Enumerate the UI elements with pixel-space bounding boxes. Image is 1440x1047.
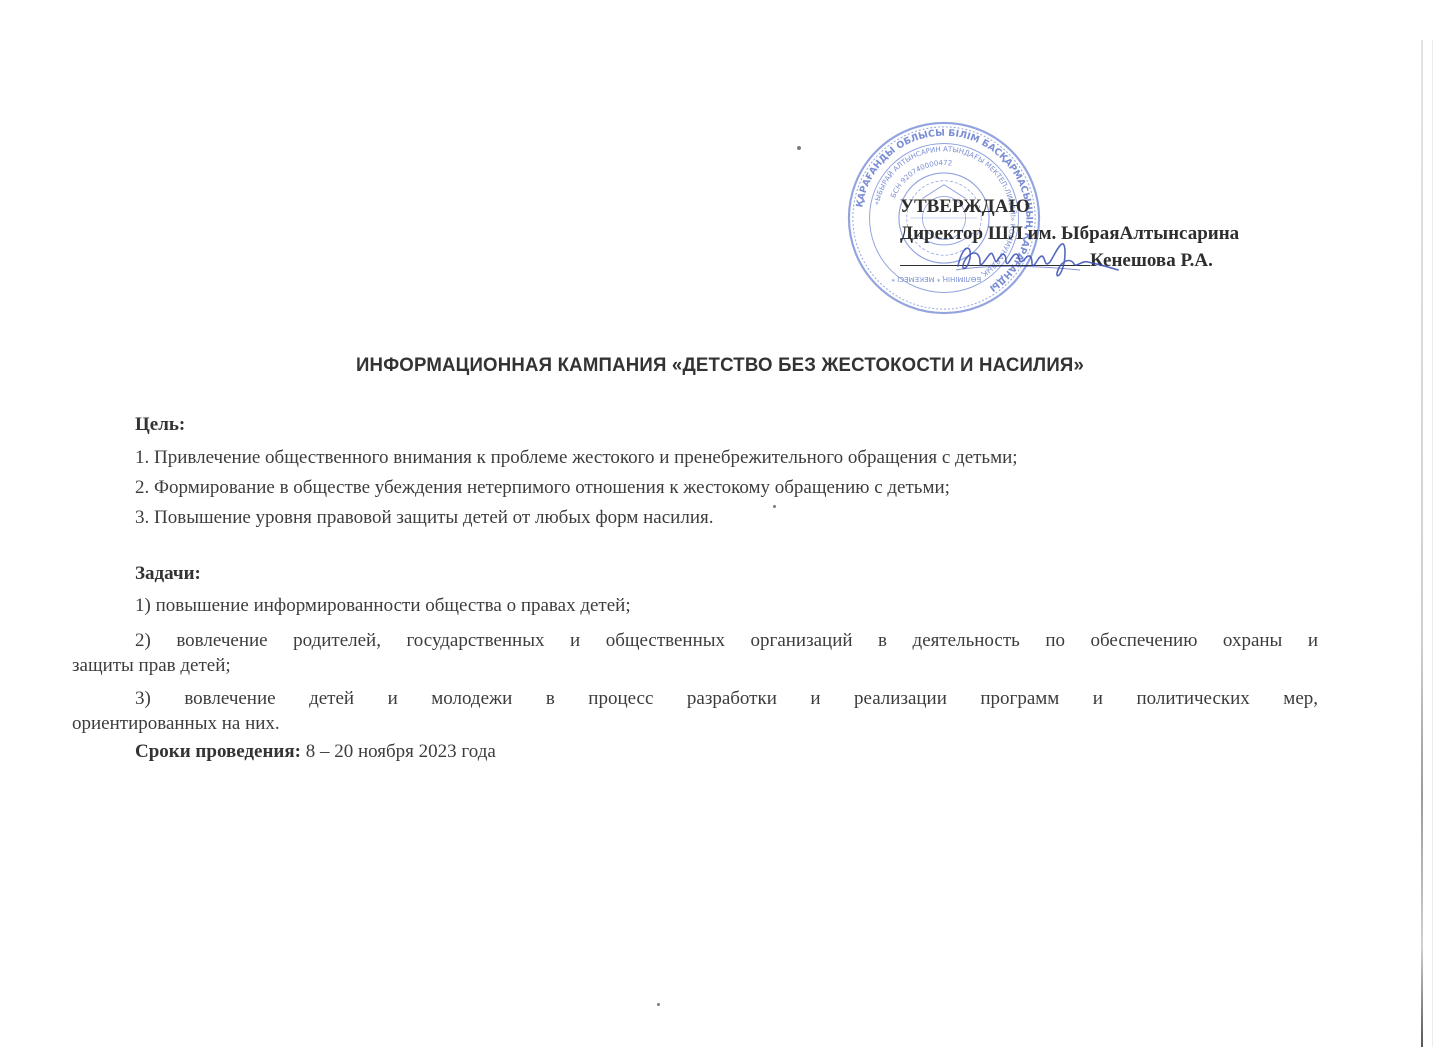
goal-item: 1. Привлечение общественного внимания к … [135, 447, 1018, 469]
handwritten-signature [950, 236, 1120, 282]
task-item-continuation: ориентированных на них. [72, 713, 280, 735]
task-item: 1) повышение информированности общества … [135, 595, 631, 617]
document-page: ҚАРАҒАНДЫ ОБЛЫСЫ БІЛІМ БАСҚАРМАСЫНЫҢ ҚАР… [0, 0, 1440, 1047]
approval-heading: УТВЕРЖДАЮ [900, 193, 1239, 220]
scan-edge-line-secondary [1432, 40, 1433, 1047]
goal-label: Цель: [135, 414, 185, 436]
document-title: ИНФОРМАЦИОННАЯ КАМПАНИЯ «ДЕТСТВО БЕЗ ЖЕС… [14, 355, 1425, 377]
scan-speck [657, 1003, 660, 1006]
goal-item: 3. Повышение уровня правовой защиты дете… [135, 507, 713, 529]
scan-edge-line [1421, 40, 1423, 1047]
scan-speck [797, 146, 801, 150]
task-item-continuation: защиты прав детей; [72, 655, 231, 677]
task-item: 2) вовлечение родителей, государственных… [135, 630, 1318, 652]
goal-item: 2. Формирование в обществе убеждения нет… [135, 477, 950, 499]
task-item: 3) вовлечение детей и молодежи в процесс… [135, 688, 1318, 710]
campaign-dates: Сроки проведения: 8 – 20 ноября 2023 год… [135, 741, 496, 763]
dates-label: Сроки проведения: [135, 741, 301, 762]
tasks-label: Задачи: [135, 563, 201, 585]
dates-value: 8 – 20 ноября 2023 года [301, 741, 496, 762]
scan-speck [773, 505, 776, 508]
